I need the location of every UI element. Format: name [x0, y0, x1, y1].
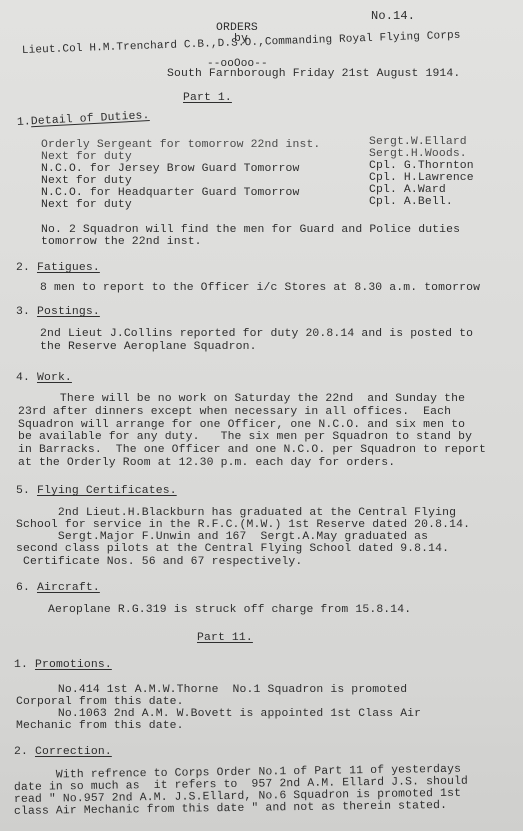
order-number: No.14.: [371, 10, 415, 23]
section-number: 4.: [16, 372, 30, 384]
postings-line-0: 2nd Lieut J.Collins reported for duty 20…: [40, 328, 473, 341]
section-5-heading: 5. Flying Certificates.: [16, 485, 177, 498]
place-date: South Farnborough Friday 21st August 191…: [167, 68, 460, 81]
duty-row-5-name: Cpl. A.Bell.: [369, 196, 453, 209]
work-line-5: at the Orderly Room at 12.30 p.m. each d…: [18, 457, 395, 470]
duty-row-5-label: Next for duty: [41, 199, 132, 212]
section-3-heading: 3. Postings.: [16, 306, 100, 319]
section-title: Correction.: [35, 746, 112, 758]
duties-note-line-1: tomorrow the 22nd inst.: [41, 236, 202, 249]
section-title: Detail of Duties.: [31, 110, 150, 128]
certificates-line-3: second class pilots at the Central Flyin…: [16, 543, 449, 556]
section-title: Aircraft.: [37, 582, 100, 594]
section-title: Postings.: [37, 306, 100, 318]
section-title: Flying Certificates.: [37, 485, 177, 497]
section-title: Work.: [37, 372, 72, 384]
aircraft-line-0: Aeroplane R.G.319 is struck off charge f…: [48, 604, 411, 617]
section-4-heading: 4. Work.: [16, 372, 72, 385]
work-line-1: 23rd after dinners except when necessary…: [18, 406, 451, 419]
section-6-heading: 6. Aircraft.: [16, 582, 100, 595]
section-number: 1.: [14, 659, 28, 671]
part2-heading: Part 11.: [197, 632, 253, 645]
section-number: 3.: [16, 306, 30, 318]
section-2-heading: 2. Fatigues.: [16, 262, 100, 275]
document-page: No.14. ORDERS by Lieut.Col H.M.Trenchard…: [0, 0, 523, 831]
part2-section-1-heading: 1. Promotions.: [14, 659, 112, 672]
section-title: Fatigues.: [37, 262, 100, 274]
fatigues-line-0: 8 men to report to the Officer i/c Store…: [40, 282, 480, 295]
section-number: 1.: [17, 116, 32, 129]
section-1-heading: 1.Detail of Duties.: [17, 110, 150, 130]
section-number: 6.: [16, 582, 30, 594]
section-title: Promotions.: [35, 659, 112, 671]
section-number: 5.: [16, 485, 30, 497]
certificates-line-4: Certificate Nos. 56 and 67 respectively.: [16, 556, 302, 569]
part1-heading: Part 1.: [183, 92, 232, 105]
work-line-0: There will be no work on Saturday the 22…: [18, 393, 465, 406]
promotions-line-3: Mechanic from this date.: [16, 720, 184, 733]
work-line-3: be available for any duty. The six men p…: [18, 431, 472, 444]
section-number: 2.: [16, 262, 30, 274]
section-number: 2.: [14, 746, 28, 758]
part2-section-2-heading: 2. Correction.: [14, 746, 112, 759]
postings-line-1: the Reserve Aeroplane Squadron.: [40, 341, 257, 354]
work-line-4: in Barracks. The one Officer and one N.C…: [18, 444, 486, 457]
